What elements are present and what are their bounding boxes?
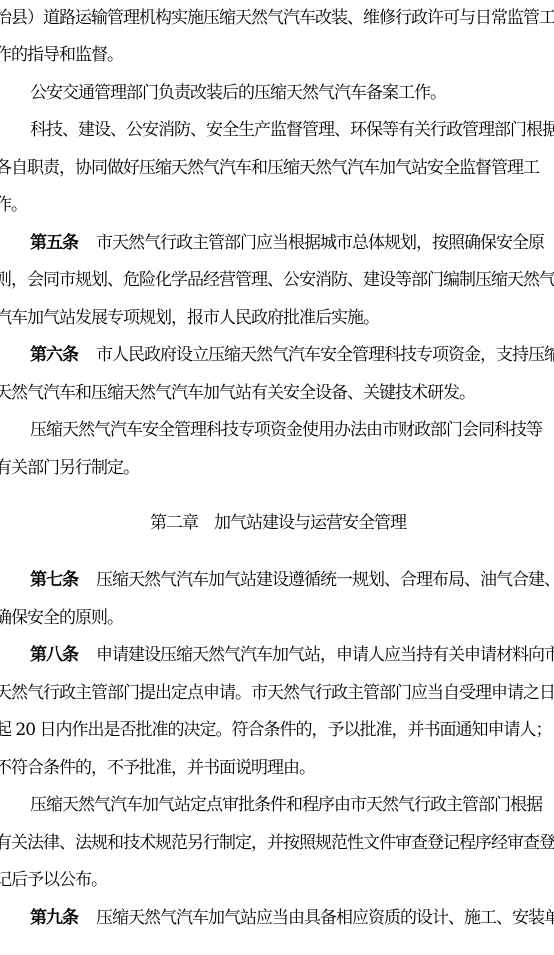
text-line: 治县）道路运输管理机构实施压缩天然气汽车改装、维修行政许可与日常监管工 bbox=[0, 8, 554, 28]
text-line: 不符合条件的，不予批准，并书面说明理由。 bbox=[0, 758, 554, 778]
paragraph-first-line: 公安交通管理部门负责改装后的压缩天然气汽车备案工作。 bbox=[0, 83, 554, 103]
article-text: 市天然气行政主管部门应当根据城市总体规划，按照确保安全原 bbox=[96, 233, 544, 253]
text-line: 作的指导和监督。 bbox=[0, 45, 554, 65]
article-text: 压缩天然气汽车加气站建设遵循统一规划、合理布局、油气合建、 bbox=[96, 570, 554, 590]
article-text: 压缩天然气汽车加气站应当由具备相应资质的设计、施工、安装单 bbox=[96, 908, 554, 928]
article-number: 第七条 bbox=[30, 570, 78, 590]
article-line: 第八条申请建设压缩天然气汽车加气站，申请人应当持有关申请材料向市 bbox=[0, 645, 554, 665]
article-number: 第五条 bbox=[30, 233, 78, 253]
text-line: 天然气汽车和压缩天然气汽车加气站有关安全设备、关键技术研发。 bbox=[0, 383, 554, 403]
article-number: 第九条 bbox=[30, 908, 78, 928]
paragraph-first-line: 科技、建设、公安消防、安全生产监督管理、环保等有关行政管理部门根据 bbox=[0, 120, 554, 140]
text-line: 起 20 日内作出是否批准的决定。符合条件的，予以批准，并书面通知申请人； bbox=[0, 720, 554, 740]
document-body: 治县）道路运输管理机构实施压缩天然气汽车改装、维修行政许可与日常监管工 作的指导… bbox=[0, 0, 554, 955]
text-line: 记后予以公布。 bbox=[0, 870, 554, 890]
article-line: 第九条压缩天然气汽车加气站应当由具备相应资质的设计、施工、安装单 bbox=[0, 908, 554, 928]
text-line: 作。 bbox=[0, 195, 554, 215]
article-number: 第六条 bbox=[30, 345, 78, 365]
text-line: 确保安全的原则。 bbox=[0, 608, 554, 628]
paragraph-first-line: 压缩天然气汽车安全管理科技专项资金使用办法由市财政部门会同科技等 bbox=[0, 420, 554, 440]
article-text: 市人民政府设立压缩天然气汽车安全管理科技专项资金，支持压缩 bbox=[96, 345, 554, 365]
text-line: 汽车加气站发展专项规划，报市人民政府批准后实施。 bbox=[0, 308, 554, 328]
article-line: 第七条压缩天然气汽车加气站建设遵循统一规划、合理布局、油气合建、 bbox=[0, 570, 554, 590]
article-line: 第六条市人民政府设立压缩天然气汽车安全管理科技专项资金，支持压缩 bbox=[0, 345, 554, 365]
text-line: 各自职责，协同做好压缩天然气汽车和压缩天然气汽车加气站安全监督管理工 bbox=[0, 158, 554, 178]
document-page: { "page": { "background_color": "#ffffff… bbox=[0, 0, 554, 955]
text-line: 有关部门另行制定。 bbox=[0, 458, 554, 478]
text-line: 则，会同市规划、危险化学品经营管理、公安消防、建设等部门编制压缩天然气 bbox=[0, 270, 554, 290]
article-line: 第五条市天然气行政主管部门应当根据城市总体规划，按照确保安全原 bbox=[0, 233, 554, 253]
article-number: 第八条 bbox=[30, 645, 78, 665]
text-line: 有关法律、法规和技术规范另行制定，并按照规范性文件审查登记程序经审查登 bbox=[0, 833, 554, 853]
text-line: 天然气行政主管部门提出定点申请。市天然气行政主管部门应当自受理申请之日 bbox=[0, 683, 554, 703]
paragraph-first-line: 压缩天然气汽车加气站定点审批条件和程序由市天然气行政主管部门根据 bbox=[0, 795, 554, 815]
chapter-heading: 第二章 加气站建设与运营安全管理 bbox=[0, 513, 554, 533]
article-text: 申请建设压缩天然气汽车加气站，申请人应当持有关申请材料向市 bbox=[96, 645, 554, 665]
